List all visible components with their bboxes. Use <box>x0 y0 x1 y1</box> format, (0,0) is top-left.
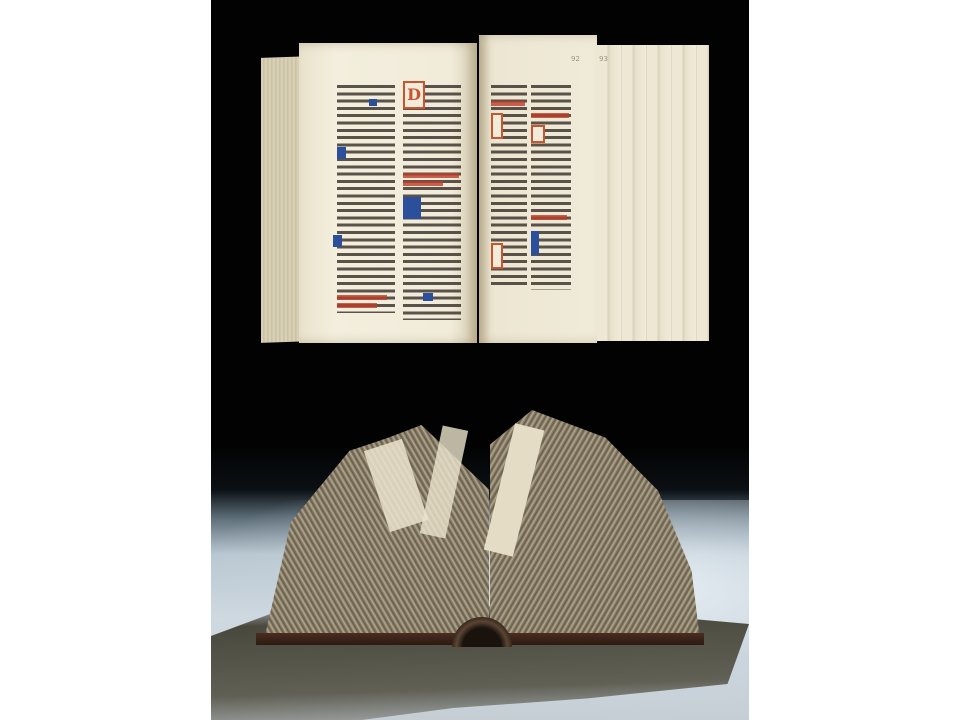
open-book: D 92 93 <box>261 35 711 345</box>
right-page: 92 <box>479 35 597 343</box>
text-column <box>337 85 395 313</box>
folio-number: 92 <box>571 55 580 63</box>
text-column: D <box>403 85 461 320</box>
text-column <box>491 85 527 287</box>
folio-number: 93 <box>599 55 608 63</box>
right-page-stack: 93 <box>597 45 709 341</box>
left-page: D <box>299 43 477 343</box>
book-photograph: D 92 93 <box>211 0 749 720</box>
fanned-book <box>256 405 706 655</box>
text-column <box>531 85 571 290</box>
